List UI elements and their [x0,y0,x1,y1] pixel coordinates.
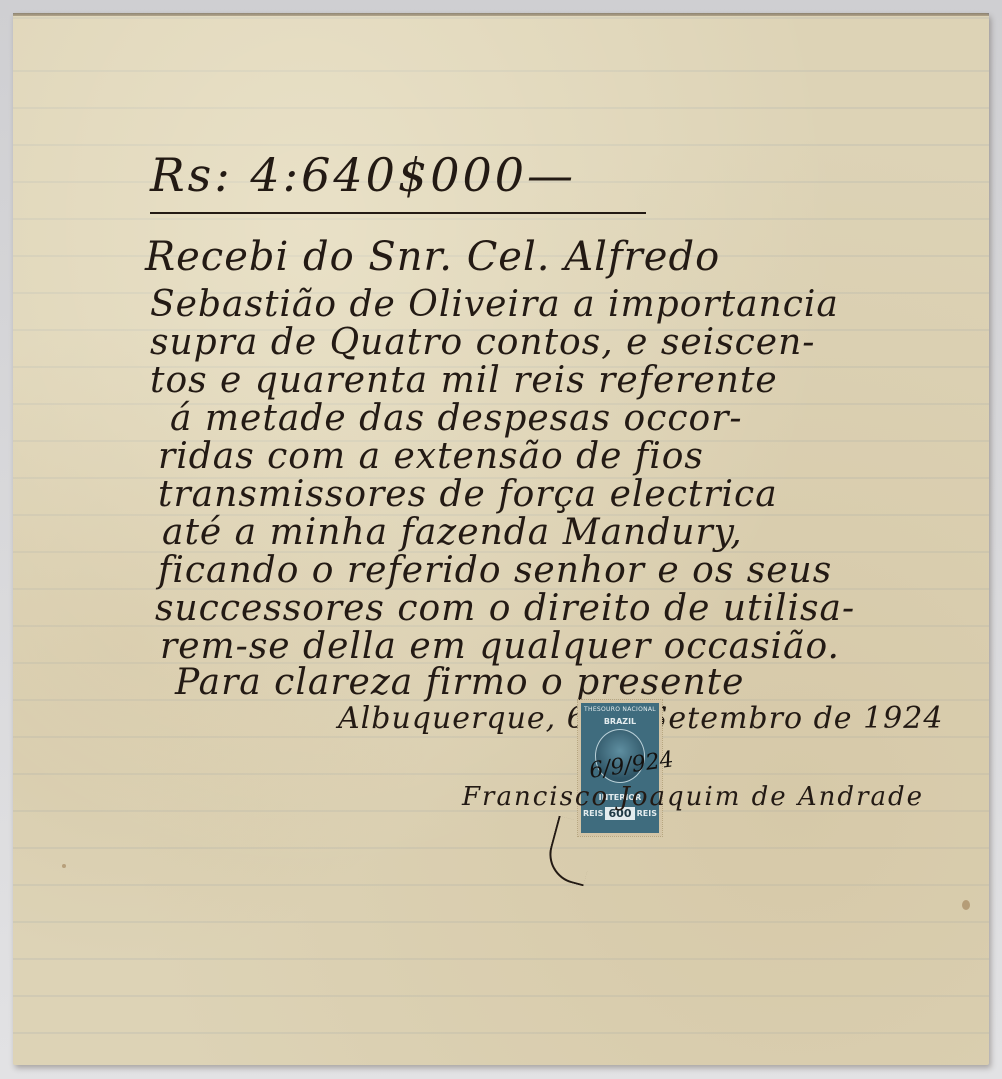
receipt-line-4: tos e quarenta mil reis referente [150,362,778,400]
scanned-document: Rs: 4:640$000— Recebi do Snr. Cel. Alfre… [0,0,1002,1079]
receipt-line-3: supra de Quatro contos, e seiscen- [150,324,815,362]
receipt-line-7: transmissores de força electrica [158,476,778,514]
receipt-line-8: até a minha fazenda Mandury, [162,514,743,552]
stamp-header: THESOURO NACIONAL [581,706,659,713]
receipt-line-11: rem-se della em qualquer occasião. [160,628,840,666]
paper-stain [962,900,970,910]
paper-top-edge [13,13,989,16]
receipt-line-2: Sebastião de Oliveira a importancia [150,286,839,324]
amount-underline [150,212,646,214]
receipt-line-5: á metade das despesas occor- [170,400,743,438]
receipt-line-12: Para clareza firmo o presente [175,664,744,702]
receipt-line-6: ridas com a extensão de fios [158,438,704,476]
stamp-country: BRAZIL [581,717,659,726]
receipt-line-10: successores com o direito de utilisa- [155,590,855,628]
receipt-line-1: Recebi do Snr. Cel. Alfredo [145,238,720,276]
receipt-amount: Rs: 4:640$000— [150,148,576,202]
revenue-stamp: THESOURO NACIONAL BRAZIL INTERIOR REIS 6… [578,700,662,836]
receipt-line-9: ficando o referido senhor e os seus [158,552,832,590]
paper-stain [62,864,66,868]
signature: Francisco Joaquim de Andrade [462,782,924,812]
